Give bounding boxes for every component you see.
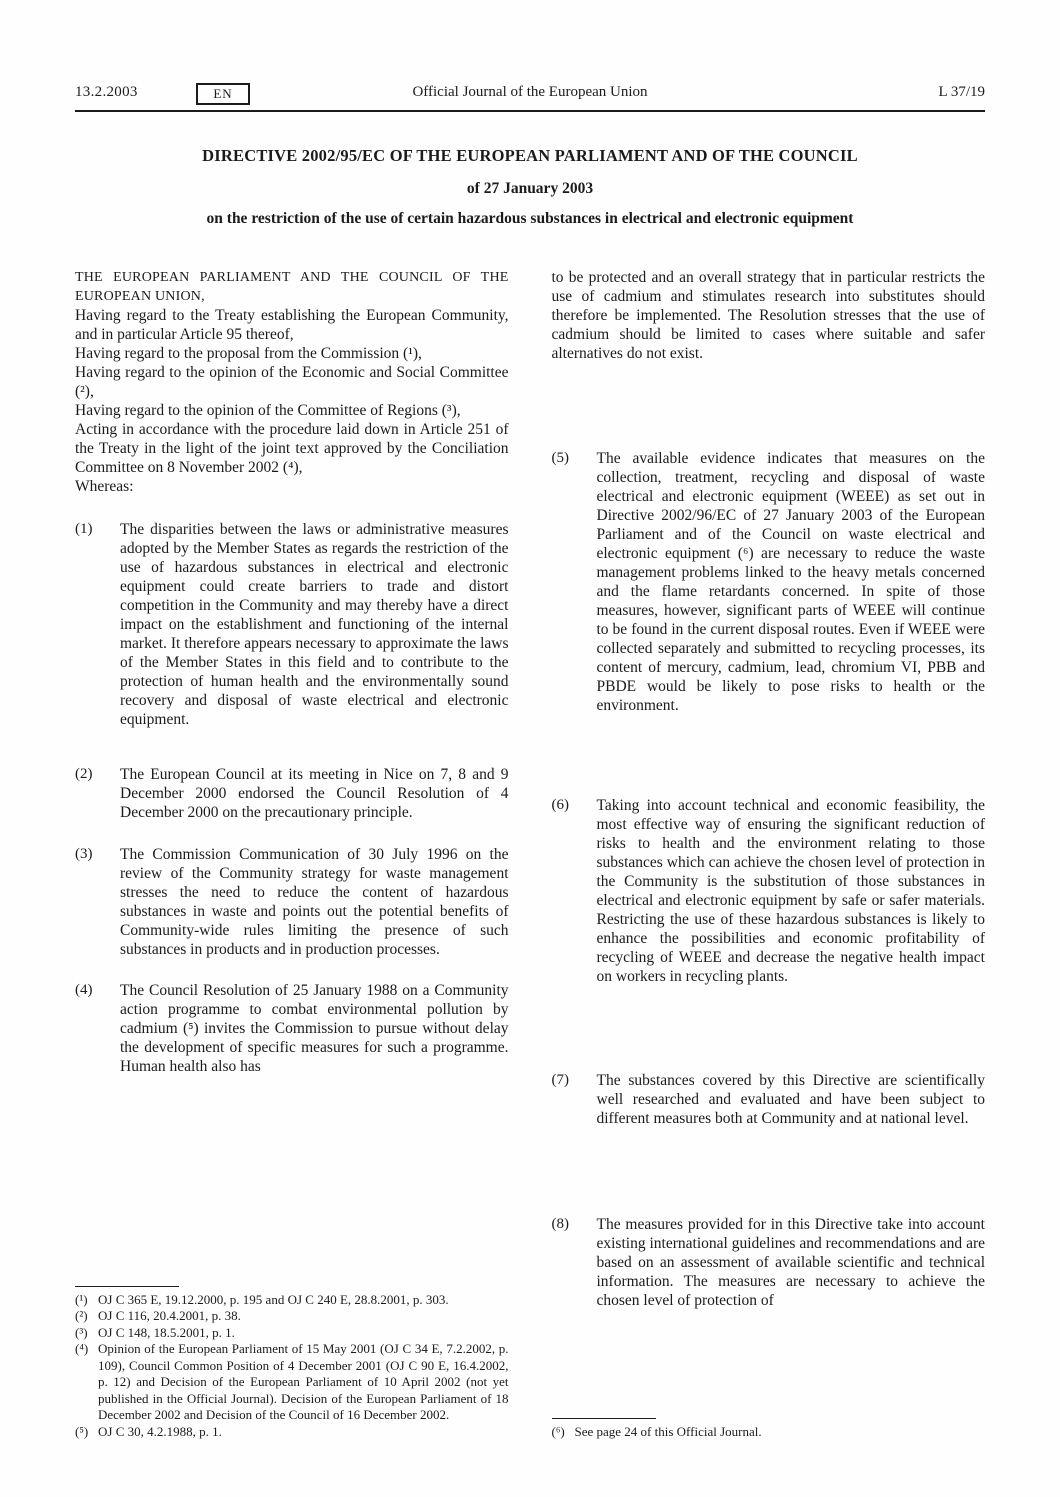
whereas-item-number: (1) <box>75 520 120 729</box>
whereas-item-2: (2) The European Council at its meeting … <box>75 765 509 822</box>
footnotes-right: (⁶) See page 24 of this Official Journal… <box>552 1418 986 1441</box>
page-header: 13.2.2003 EN Official Journal of the Eur… <box>75 84 985 112</box>
document-page: 13.2.2003 EN Official Journal of the Eur… <box>0 0 1060 1497</box>
footnote-marker: (⁶) <box>552 1424 575 1441</box>
directive-subject: on the restriction of the use of certain… <box>75 210 985 228</box>
recital-procedure: Acting in accordance with the procedure … <box>75 420 509 477</box>
footnote-rule <box>75 1286 179 1287</box>
recital-proposal: Having regard to the proposal from the C… <box>75 344 509 363</box>
whereas-item-4-continuation: to be protected and an overall strategy … <box>552 268 986 363</box>
whereas-item-text: The Commission Communication of 30 July … <box>120 845 509 959</box>
recital-committee-of-regions: Having regard to the opinion of the Comm… <box>75 401 509 420</box>
whereas-item-text: Taking into account technical and econom… <box>597 796 986 986</box>
footnote-marker: (²) <box>75 1308 98 1325</box>
footnote-4: (⁴) Opinion of the European Parliament o… <box>75 1341 509 1424</box>
preamble-opening: THE EUROPEAN PARLIAMENT AND THE COUNCIL … <box>75 268 509 306</box>
footnote-text: OJ C 30, 4.2.1988, p. 1. <box>98 1424 509 1441</box>
whereas-item-7: (7) The substances covered by this Direc… <box>552 1071 986 1128</box>
right-column: to be protected and an overall strategy … <box>552 268 986 1440</box>
whereas-item-6: (6) Taking into account technical and ec… <box>552 796 986 986</box>
whereas-item-text: The available evidence indicates that me… <box>597 449 986 715</box>
footnote-marker: (¹) <box>75 1292 98 1309</box>
footnote-5: (⁵) OJ C 30, 4.2.1988, p. 1. <box>75 1424 509 1441</box>
whereas-item-number: (6) <box>552 796 597 986</box>
whereas-item-text: The disparities between the laws or admi… <box>120 520 509 729</box>
directive-title-block: DIRECTIVE 2002/95/EC OF THE EUROPEAN PAR… <box>75 146 985 228</box>
whereas-label: Whereas: <box>75 477 509 496</box>
whereas-item-text: The substances covered by this Directive… <box>597 1071 986 1128</box>
whereas-item-3: (3) The Commission Communication of 30 J… <box>75 845 509 959</box>
whereas-item-5: (5) The available evidence indicates tha… <box>552 449 986 715</box>
footnote-3: (³) OJ C 148, 18.5.2001, p. 1. <box>75 1325 509 1342</box>
footnote-1: (¹) OJ C 365 E, 19.12.2000, p. 195 and O… <box>75 1292 509 1309</box>
whereas-item-text: The measures provided for in this Direct… <box>597 1215 986 1310</box>
footnote-text: Opinion of the European Parliament of 15… <box>98 1341 509 1424</box>
whereas-item-number: (3) <box>75 845 120 959</box>
whereas-item-text: The Council Resolution of 25 January 198… <box>120 981 509 1076</box>
footnote-marker: (³) <box>75 1325 98 1342</box>
recital-treaty: Having regard to the Treaty establishing… <box>75 306 509 344</box>
journal-title: Official Journal of the European Union <box>75 84 985 101</box>
footnote-6: (⁶) See page 24 of this Official Journal… <box>552 1424 986 1441</box>
whereas-item-8: (8) The measures provided for in this Di… <box>552 1215 986 1310</box>
whereas-item-number: (5) <box>552 449 597 715</box>
whereas-item-number: (8) <box>552 1215 597 1310</box>
whereas-item-number: (7) <box>552 1071 597 1128</box>
left-column: THE EUROPEAN PARLIAMENT AND THE COUNCIL … <box>75 268 509 1440</box>
directive-title: DIRECTIVE 2002/95/EC OF THE EUROPEAN PAR… <box>75 146 985 166</box>
page-reference: L 37/19 <box>938 84 985 101</box>
whereas-item-1: (1) The disparities between the laws or … <box>75 520 509 729</box>
document-body: THE EUROPEAN PARLIAMENT AND THE COUNCIL … <box>75 268 985 1440</box>
whereas-item-number: (2) <box>75 765 120 822</box>
footnote-marker: (⁴) <box>75 1341 98 1424</box>
footnote-rule <box>552 1418 656 1419</box>
footnote-marker: (⁵) <box>75 1424 98 1441</box>
footnote-text: OJ C 116, 20.4.2001, p. 38. <box>98 1308 509 1325</box>
whereas-item-number: (4) <box>75 981 120 1076</box>
footnote-text: OJ C 365 E, 19.12.2000, p. 195 and OJ C … <box>98 1292 509 1309</box>
footnote-text: See page 24 of this Official Journal. <box>575 1424 986 1441</box>
footnote-text: OJ C 148, 18.5.2001, p. 1. <box>98 1325 509 1342</box>
directive-date: of 27 January 2003 <box>75 180 985 198</box>
footnotes-left: (¹) OJ C 365 E, 19.12.2000, p. 195 and O… <box>75 1286 509 1441</box>
recital-economic-social-committee: Having regard to the opinion of the Econ… <box>75 363 509 401</box>
footnote-2: (²) OJ C 116, 20.4.2001, p. 38. <box>75 1308 509 1325</box>
whereas-item-text: The European Council at its meeting in N… <box>120 765 509 822</box>
whereas-item-4: (4) The Council Resolution of 25 January… <box>75 981 509 1076</box>
